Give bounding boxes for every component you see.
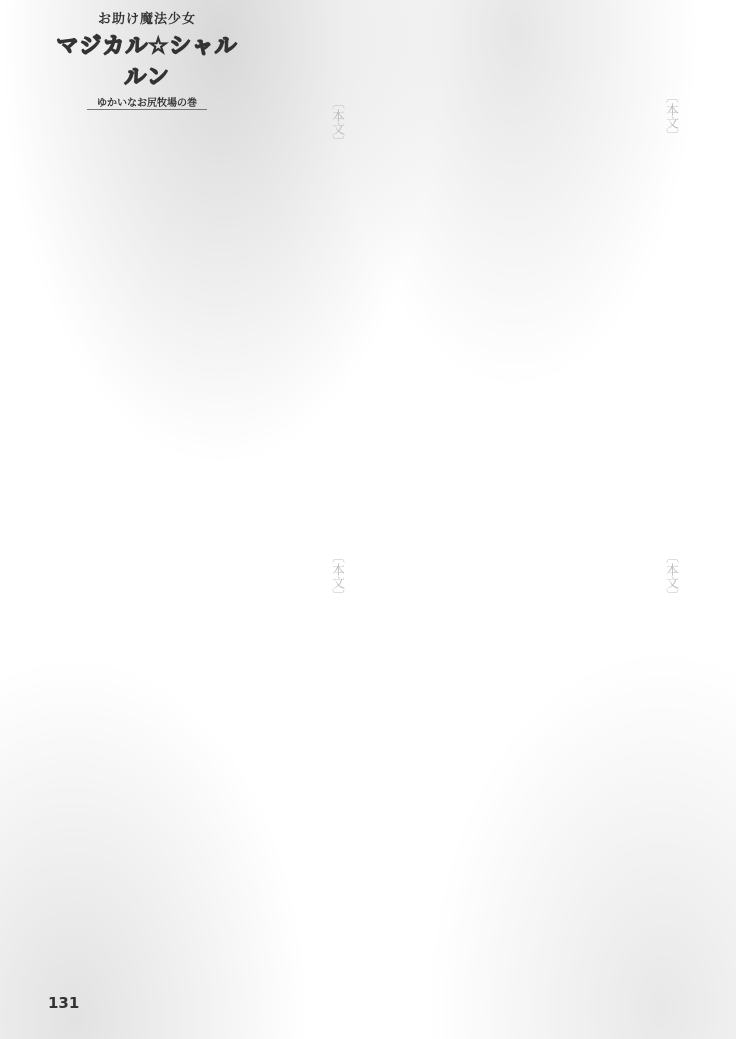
text-block-top-left: 〔本文〕 xyxy=(56,96,346,526)
series-subtitle: お助け魔法少女 xyxy=(52,8,242,27)
body-text: 〔本文〕 xyxy=(327,96,347,526)
body-text: 〔本文〕 xyxy=(661,550,681,990)
series-title: マジカル☆シャルルン xyxy=(52,29,242,91)
text-block-top-right: 〔本文〕 xyxy=(390,90,680,530)
body-text: 〔本文〕 xyxy=(327,550,347,980)
text-block-bottom-right: 〔本文〕 xyxy=(390,550,680,990)
page-number: 131 xyxy=(48,994,79,1012)
body-text: 〔本文〕 xyxy=(661,90,681,530)
series-header: お助け魔法少女 マジカル☆シャルルン ゆかいなお尻牧場の巻 xyxy=(52,8,242,78)
text-block-bottom-left: 〔本文〕 xyxy=(56,550,346,980)
